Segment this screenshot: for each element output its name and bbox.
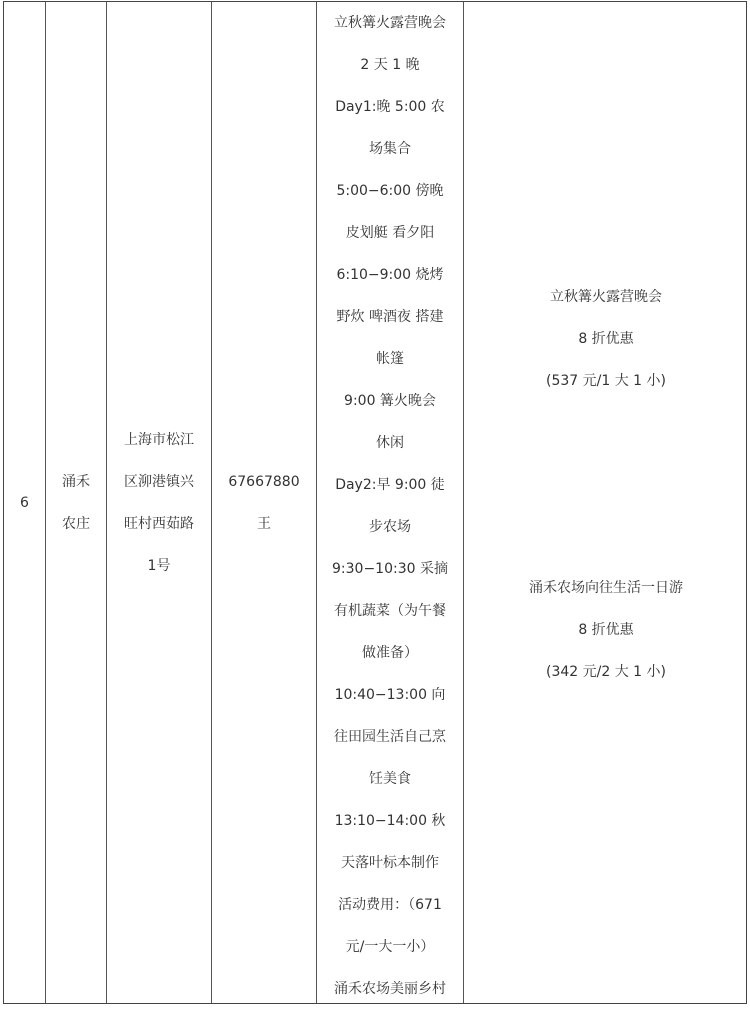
- offer-price: (537 元/1 大 1 小): [546, 360, 666, 402]
- activity-line: 5:00−6:00 傍晚: [336, 170, 443, 212]
- activity-line: 往田园生活自己烹: [334, 716, 446, 758]
- index-cell: 6: [4, 2, 46, 1003]
- name-cell: 涌禾 农庄: [46, 2, 107, 1003]
- activity-line: 休闲: [376, 422, 404, 464]
- farm-name-line: 农庄: [62, 503, 90, 545]
- activity-line: 野炊 啤酒夜 搭建: [337, 296, 444, 338]
- offer-campfire: 立秋篝火露营晚会 8 折优惠 (537 元/1 大 1 小): [464, 276, 748, 402]
- activity-line: 6:10−9:00 烧烤: [336, 254, 443, 296]
- offer-title: 涌禾农场向往生活一日游: [529, 567, 683, 609]
- address-line: 上海市松江: [124, 419, 194, 461]
- activity-line: 9:30−10:30 采摘: [332, 548, 448, 590]
- activity-line: 场集合: [369, 128, 411, 170]
- address-line: 区泖港镇兴: [124, 461, 194, 503]
- offers-cell: 立秋篝火露营晚会 8 折优惠 (537 元/1 大 1 小) 涌禾农场向往生活一…: [464, 2, 748, 1003]
- activity-line: 10:40−13:00 向: [335, 674, 446, 716]
- contact-cell: 67667880 王: [212, 2, 317, 1003]
- address-line: 1号: [148, 545, 171, 587]
- farm-info-table: 6 涌禾 农庄 上海市松江 区泖港镇兴 旺村西茹路 1号 67667880 王 …: [3, 1, 747, 1004]
- address-line: 旺村西茹路: [124, 503, 194, 545]
- offer-discount: 8 折优惠: [578, 318, 633, 360]
- activity-line: 活动费用：（671: [338, 884, 442, 926]
- activity-line: 饪美食: [369, 758, 411, 800]
- farm-name-line: 涌禾: [62, 461, 90, 503]
- activity-line: 帐篷: [376, 338, 404, 380]
- activity-line: 皮划艇 看夕阳: [346, 212, 434, 254]
- activity-cell: 立秋篝火露营晚会 2 天 1 晚 Day1:晚 5:00 农 场集合 5:00−…: [317, 2, 464, 1003]
- offer-price: (342 元/2 大 1 小): [546, 651, 666, 693]
- offer-discount: 8 折优惠: [578, 609, 633, 651]
- activity-line: 做准备）: [362, 632, 418, 674]
- activity-line: 步农场: [369, 506, 411, 548]
- activity-line: 9:00 篝火晚会: [344, 380, 436, 422]
- activity-line: 2 天 1 晚: [360, 44, 419, 86]
- activity-line: Day1:晚 5:00 农: [335, 86, 445, 128]
- offer-day-tour: 涌禾农场向往生活一日游 8 折优惠 (342 元/2 大 1 小): [464, 567, 748, 693]
- row-index: 6: [20, 482, 29, 524]
- activity-line: 涌禾农场美丽乡村: [334, 968, 446, 1010]
- contact-phone: 67667880: [228, 461, 299, 503]
- contact-person: 王: [257, 503, 271, 545]
- address-cell: 上海市松江 区泖港镇兴 旺村西茹路 1号: [107, 2, 212, 1003]
- activity-line: 13:10−14:00 秋: [335, 800, 446, 842]
- offer-title: 立秋篝火露营晚会: [550, 276, 662, 318]
- activity-line: Day2:早 9:00 徒: [335, 464, 445, 506]
- activity-line: 天落叶标本制作: [341, 842, 439, 884]
- activity-line: 元/一大一小）: [346, 926, 435, 968]
- activity-line: 有机蔬菜（为午餐: [334, 590, 446, 632]
- activity-line: 立秋篝火露营晚会: [334, 2, 446, 44]
